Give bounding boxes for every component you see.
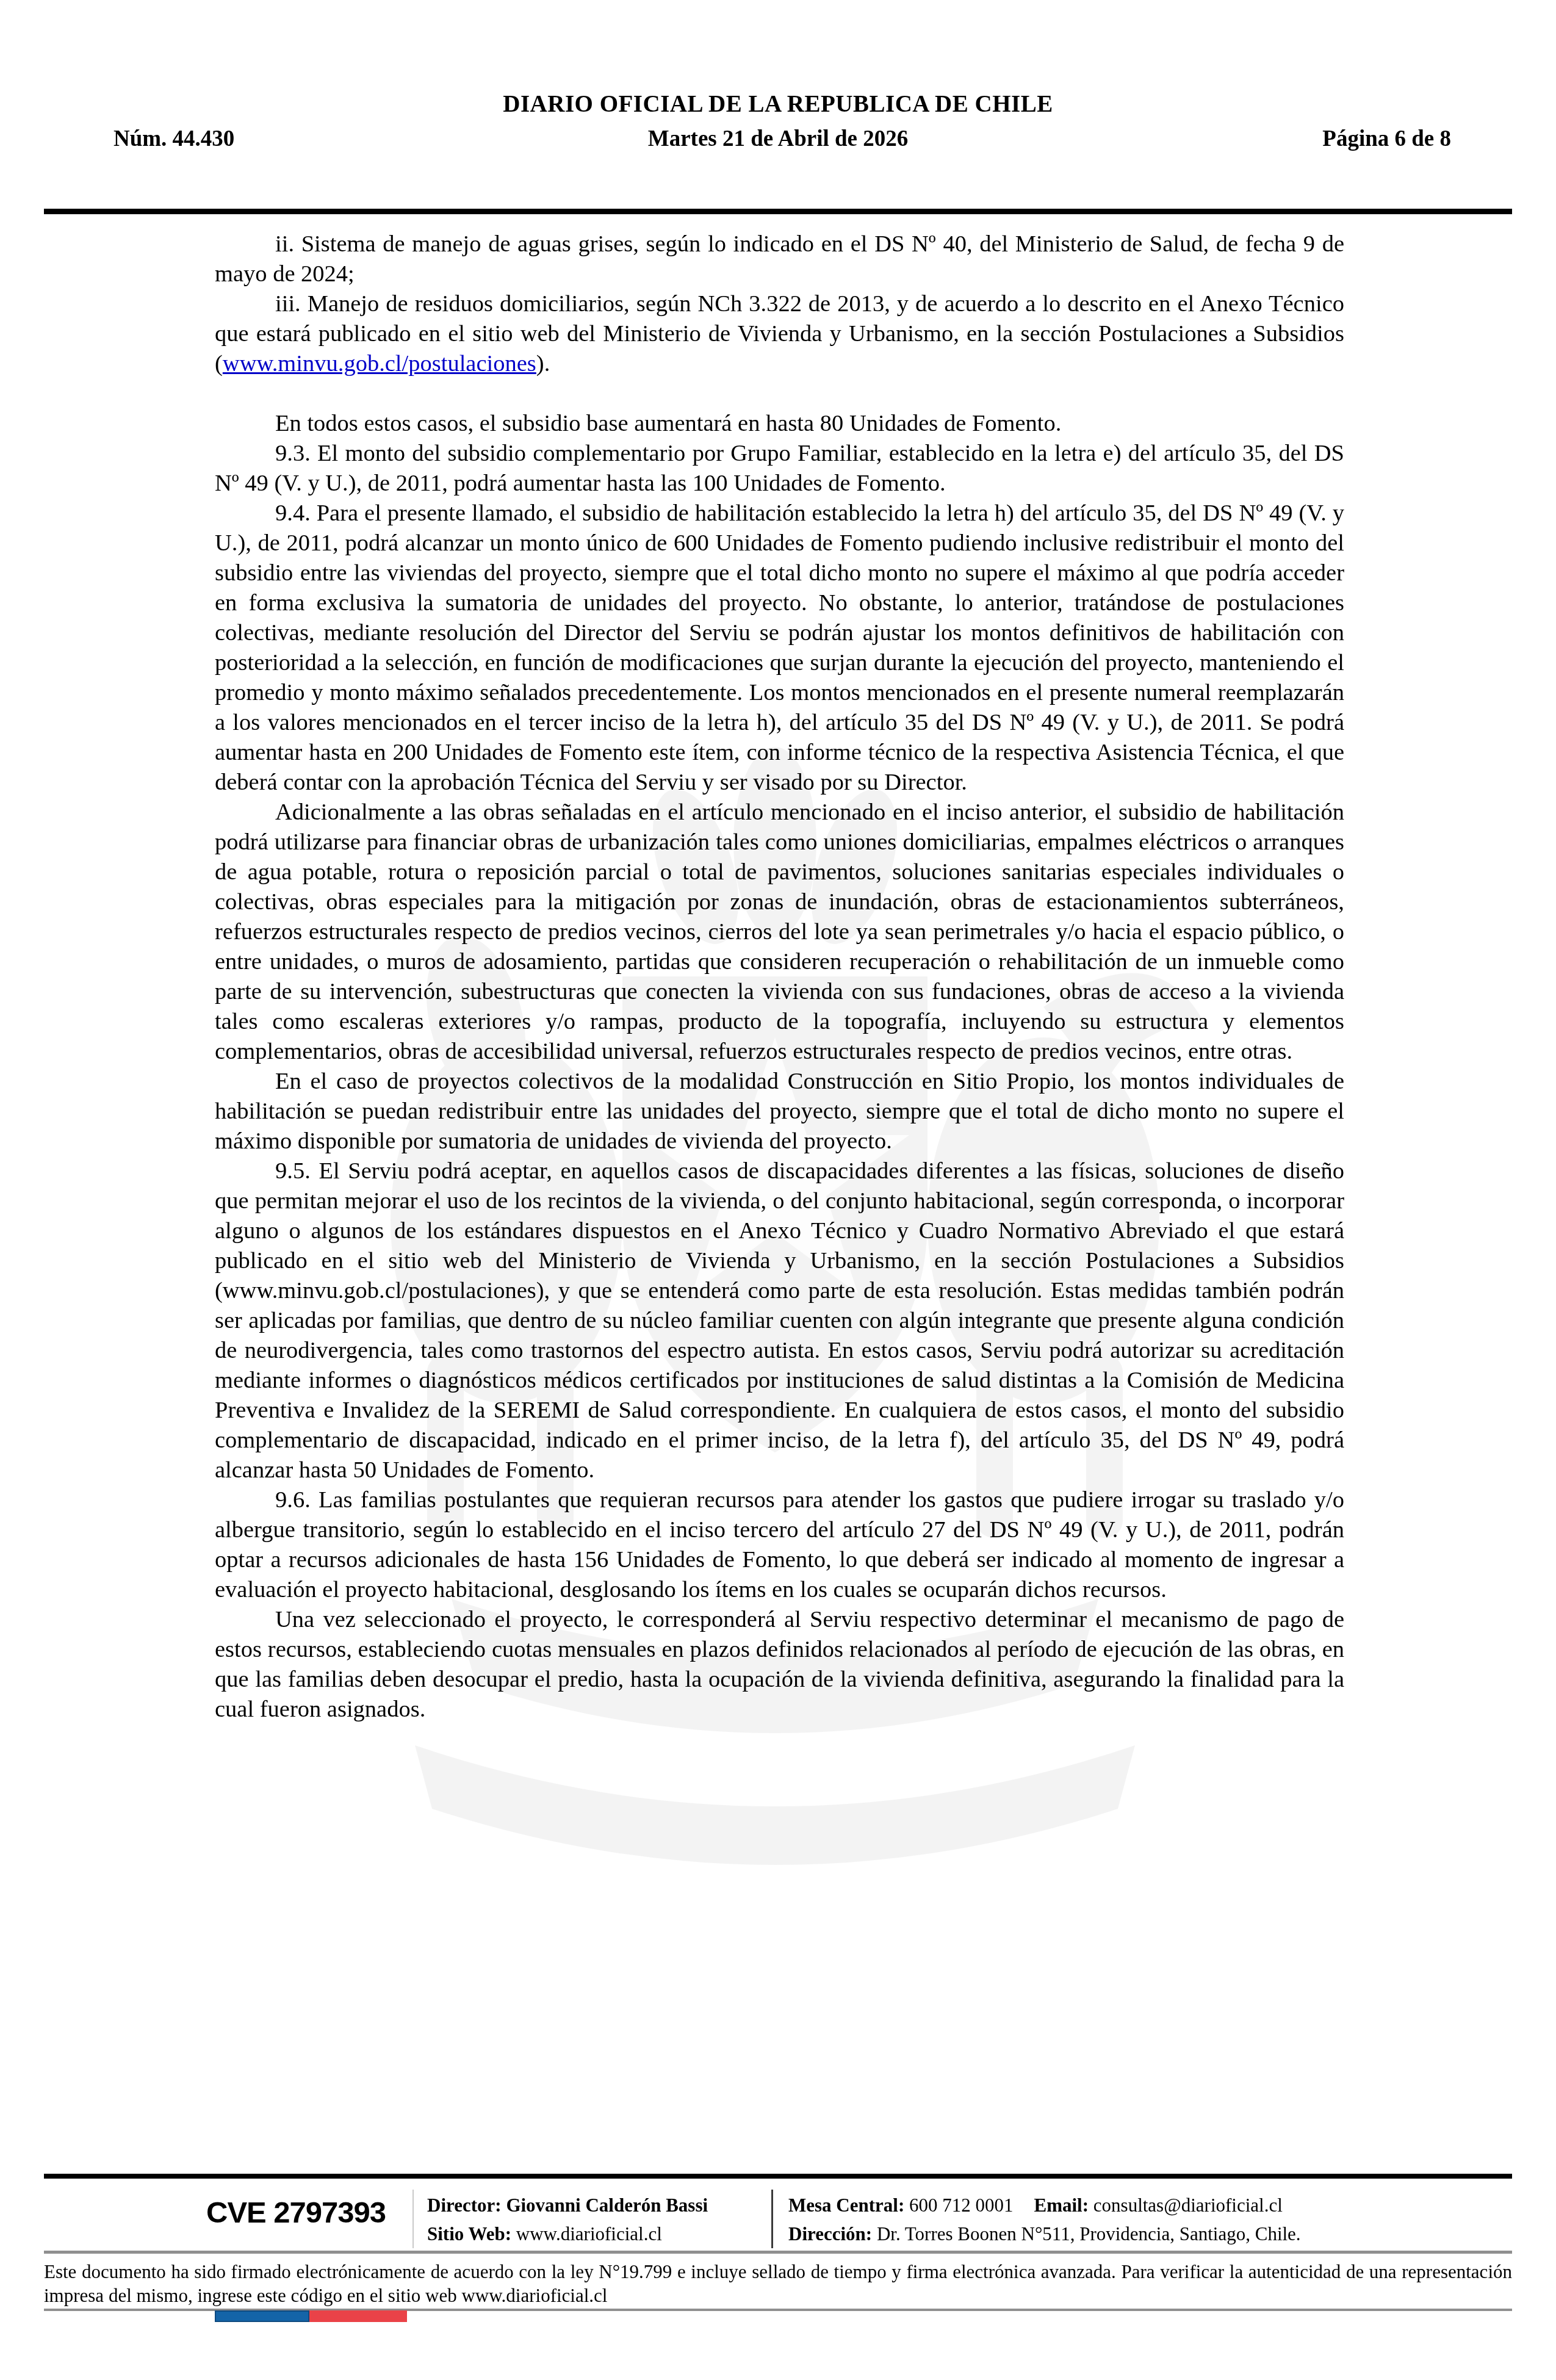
direccion-value: Dr. Torres Boonen N°511, Providencia, Sa… <box>877 2223 1301 2245</box>
paragraph-ii: ii. Sistema de manejo de aguas grises, s… <box>215 229 1344 289</box>
paragraph-subsidio-base: En todos estos casos, el subsidio base a… <box>215 409 1344 439</box>
paragraph-iii-closing: ). <box>536 351 550 377</box>
sitio-web-line: Sitio Web: www.diarioficial.cl <box>427 2220 708 2248</box>
direccion-label: Dirección: <box>788 2223 872 2245</box>
page-indicator: Página 6 de 8 <box>1322 126 1451 152</box>
sitio-web-value: www.diarioficial.cl <box>516 2223 662 2245</box>
sitio-web-label: Sitio Web: <box>427 2223 511 2245</box>
footer-middle-divider <box>44 2251 1512 2254</box>
chile-flag-red-mark <box>309 2310 407 2322</box>
paragraph-construccion-sitio-propio: En el caso de proyectos colectivos de la… <box>215 1067 1344 1156</box>
email-label: Email: <box>1034 2194 1089 2216</box>
gazette-page: DIARIO OFICIAL DE LA REPUBLICA DE CHILE … <box>0 0 1556 2380</box>
chile-flag-blue-mark <box>215 2310 309 2322</box>
paragraph-9-5: 9.5. El Serviu podrá aceptar, en aquello… <box>215 1156 1344 1485</box>
footer-divider-light <box>412 2190 414 2248</box>
footer-divider-dark <box>771 2190 773 2248</box>
paragraph-9-3: 9.3. El monto del subsidio complementari… <box>215 439 1344 499</box>
email-value: consultas@diarioficial.cl <box>1093 2194 1283 2216</box>
director-label: Director: <box>427 2194 502 2216</box>
header-divider <box>44 209 1512 214</box>
cve-code: CVE 2797393 <box>206 2196 386 2230</box>
mesa-central-line: Mesa Central: 600 712 0001Email: consult… <box>788 2191 1301 2220</box>
signature-disclaimer: Este documento ha sido firmado electróni… <box>44 2260 1512 2307</box>
paragraph-9-4: 9.4. Para el presente llamado, el subsid… <box>215 499 1344 798</box>
paragraph-una-vez: Una vez seleccionado el proyecto, le cor… <box>215 1605 1344 1725</box>
mesa-central-value: 600 712 0001 <box>909 2194 1014 2216</box>
director-line: Director: Giovanni Calderón Bassi <box>427 2191 708 2220</box>
footer-top-divider <box>44 2174 1512 2179</box>
footer-contact-column: Mesa Central: 600 712 0001Email: consult… <box>788 2191 1301 2248</box>
direccion-line: Dirección: Dr. Torres Boonen N°511, Prov… <box>788 2220 1301 2248</box>
paragraph-iii: iii. Manejo de residuos domiciliarios, s… <box>215 289 1344 379</box>
document-body: ii. Sistema de manejo de aguas grises, s… <box>215 229 1344 2161</box>
minvu-postulaciones-link[interactable]: www.minvu.gob.cl/postulaciones <box>223 351 536 377</box>
mesa-central-label: Mesa Central: <box>788 2194 904 2216</box>
paragraph-9-6: 9.6. Las familias postulantes que requie… <box>215 1485 1344 1605</box>
director-value: Giovanni Calderón Bassi <box>506 2194 708 2216</box>
footer-director-column: Director: Giovanni Calderón Bassi Sitio … <box>427 2191 708 2248</box>
paragraph-adicionalmente: Adicionalmente a las obras señaladas en … <box>215 798 1344 1067</box>
page-title: DIARIO OFICIAL DE LA REPUBLICA DE CHILE <box>0 90 1556 118</box>
